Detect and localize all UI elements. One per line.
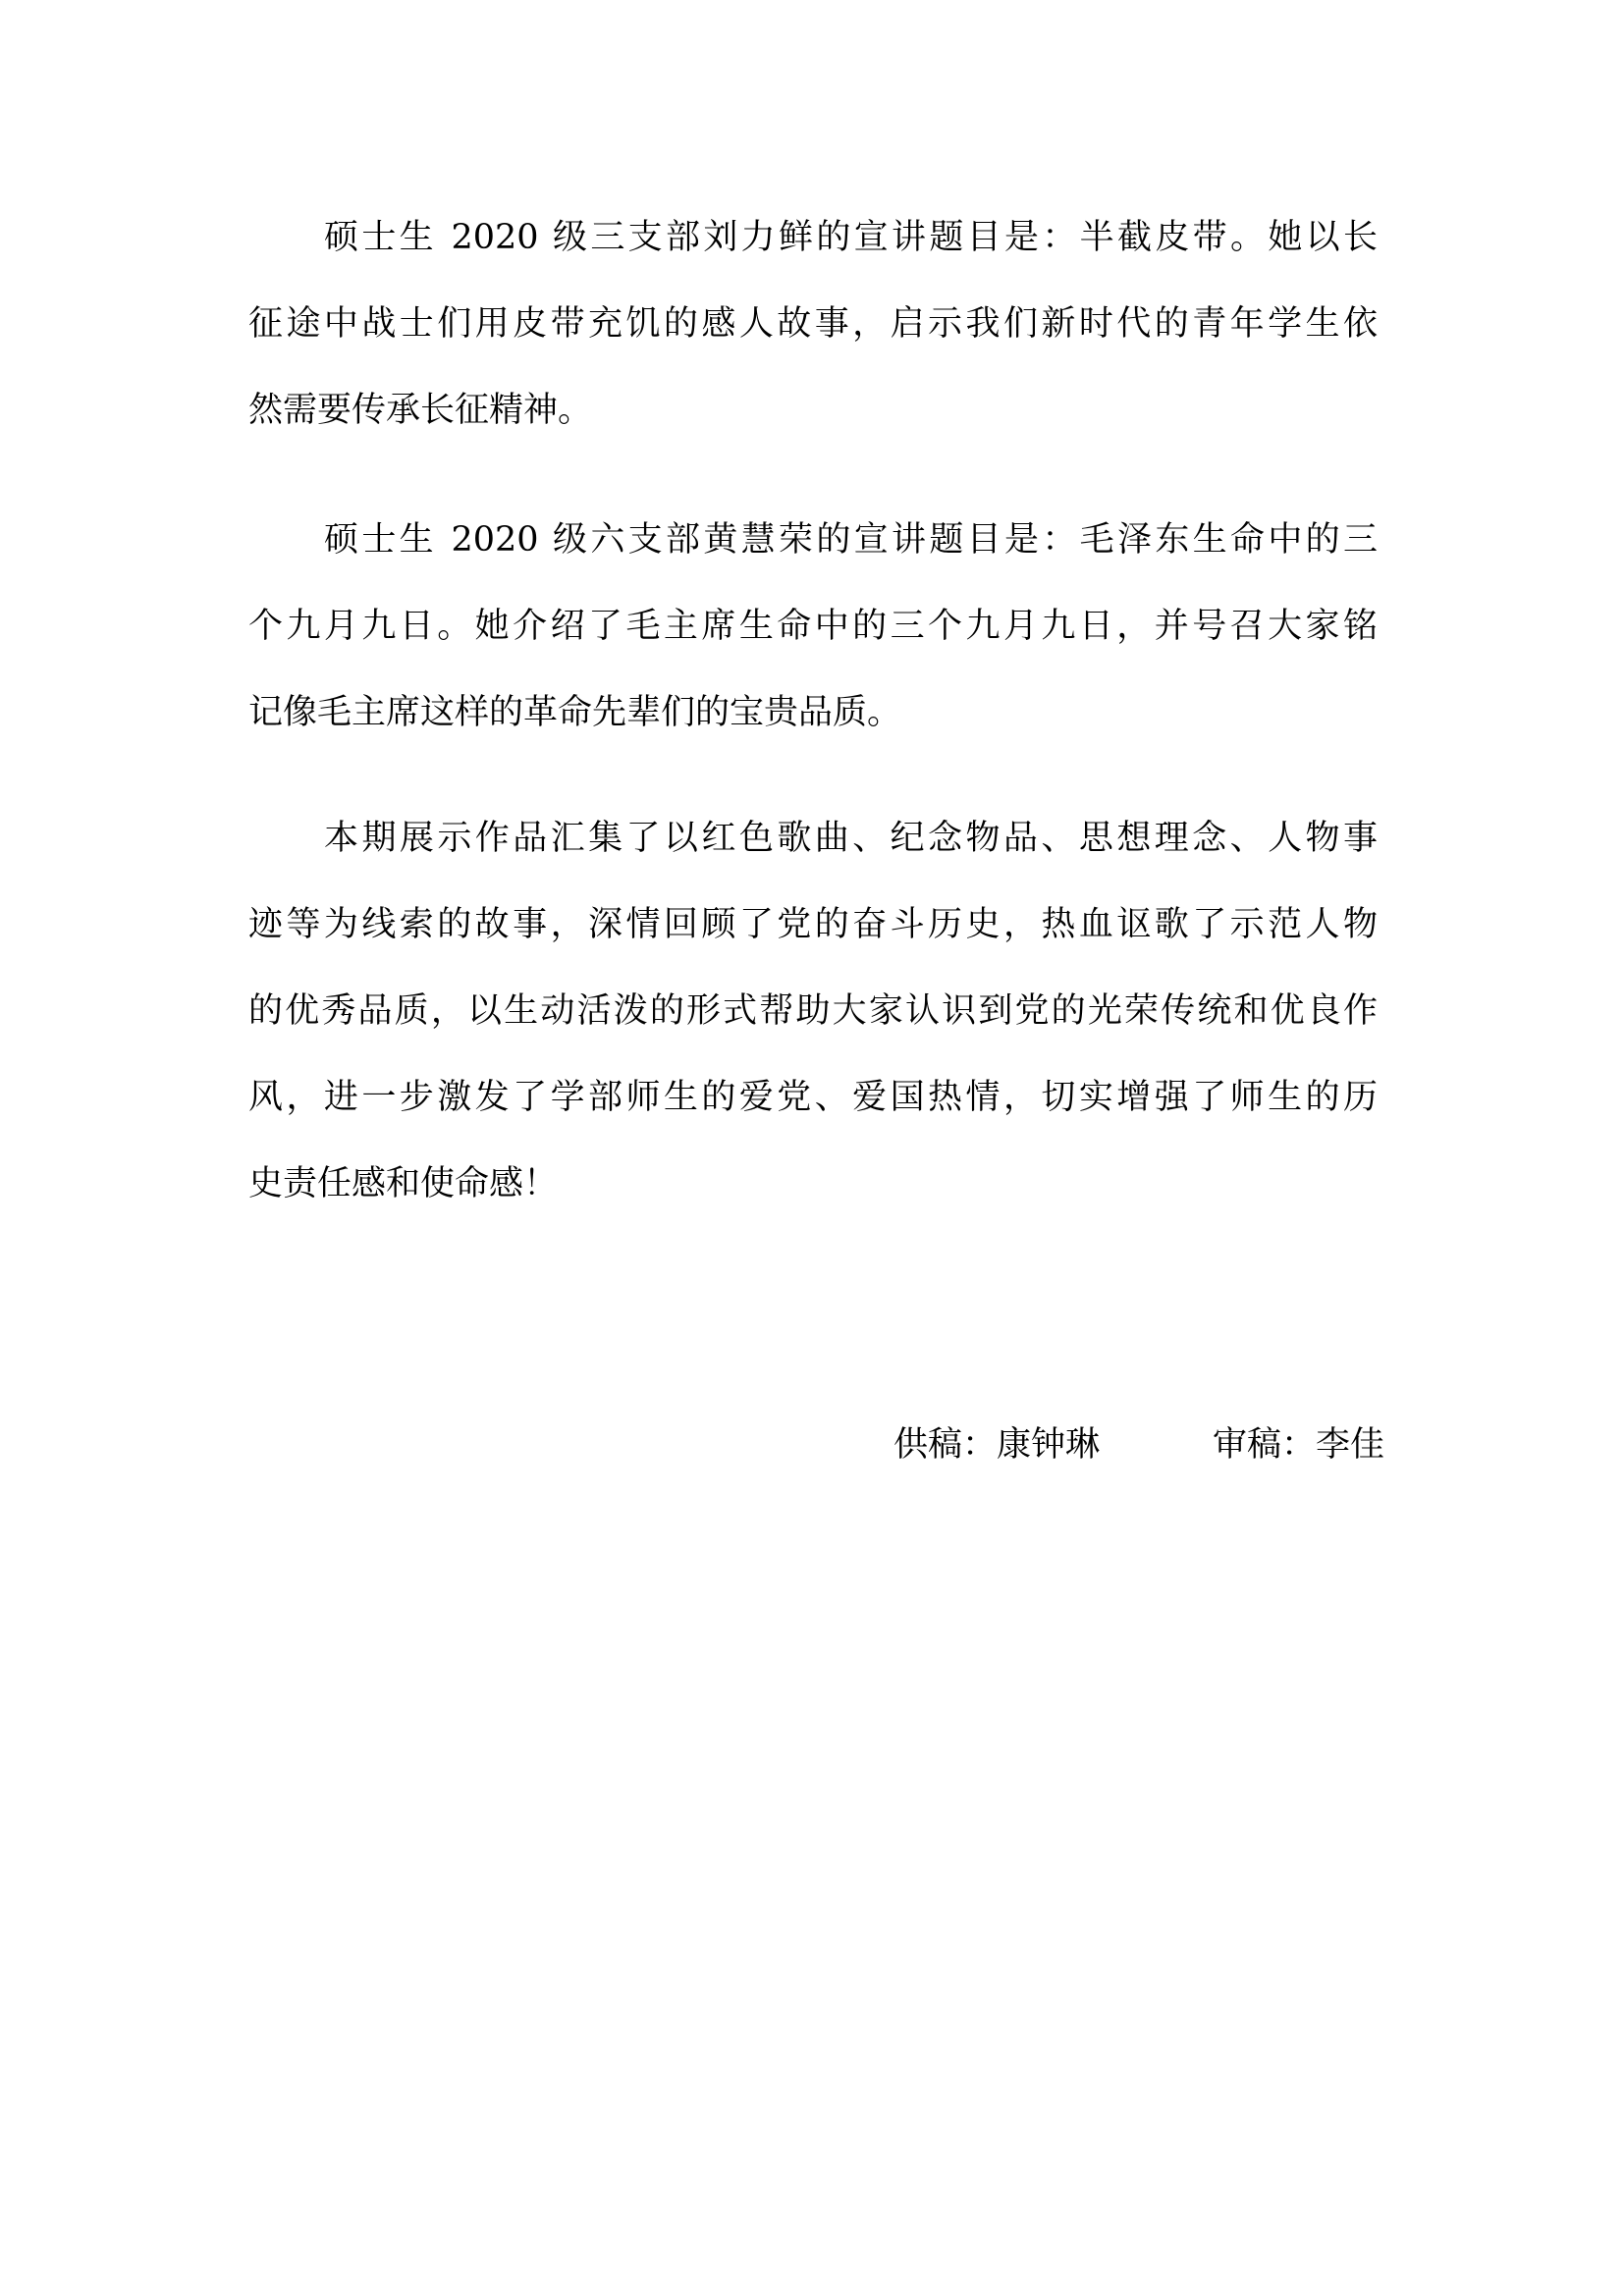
paragraph-line: 风，进一步激发了学部师生的爱党、爱国热情，切实增强了师生的历	[248, 1078, 1378, 1117]
paragraph-line: 本期展示作品汇集了以红色歌曲、纪念物品、思想理念、人物事	[324, 819, 1378, 858]
contributor-credit: 供稿：康钟琳	[893, 1425, 1100, 1465]
signature-block: 供稿：康钟琳 审稿：李佳	[893, 1425, 1384, 1465]
document-page: 硕士生 2020 级三支部刘力鲜的宣讲题目是：半截皮带。她以长 征途中战士们用皮…	[0, 0, 1624, 2296]
paragraph-line: 记像毛主席这样的革命先辈们的宝贵品质。	[248, 693, 1378, 732]
paragraph-line: 迹等为线索的故事，深情回顾了党的奋斗历史，热血讴歌了示范人物	[248, 905, 1378, 944]
paragraph-line: 征途中战士们用皮带充饥的感人故事，启示我们新时代的青年学生依	[248, 304, 1378, 344]
paragraph-line: 的优秀品质，以生动活泼的形式帮助大家认识到党的光荣传统和优良作	[248, 991, 1378, 1031]
paragraph-line: 个九月九日。她介绍了毛主席生命中的三个九月九日，并号召大家铭	[248, 607, 1378, 646]
paragraph-line: 硕士生 2020 级三支部刘力鲜的宣讲题目是：半截皮带。她以长	[324, 218, 1378, 257]
reviewer-credit: 审稿：李佳	[1213, 1425, 1384, 1465]
paragraph-line: 然需要传承长征精神。	[248, 391, 1378, 430]
paragraph-line: 硕士生 2020 级六支部黄慧荣的宣讲题目是：毛泽东生命中的三	[324, 520, 1378, 560]
paragraph-line: 史责任感和使命感！	[248, 1164, 1378, 1203]
